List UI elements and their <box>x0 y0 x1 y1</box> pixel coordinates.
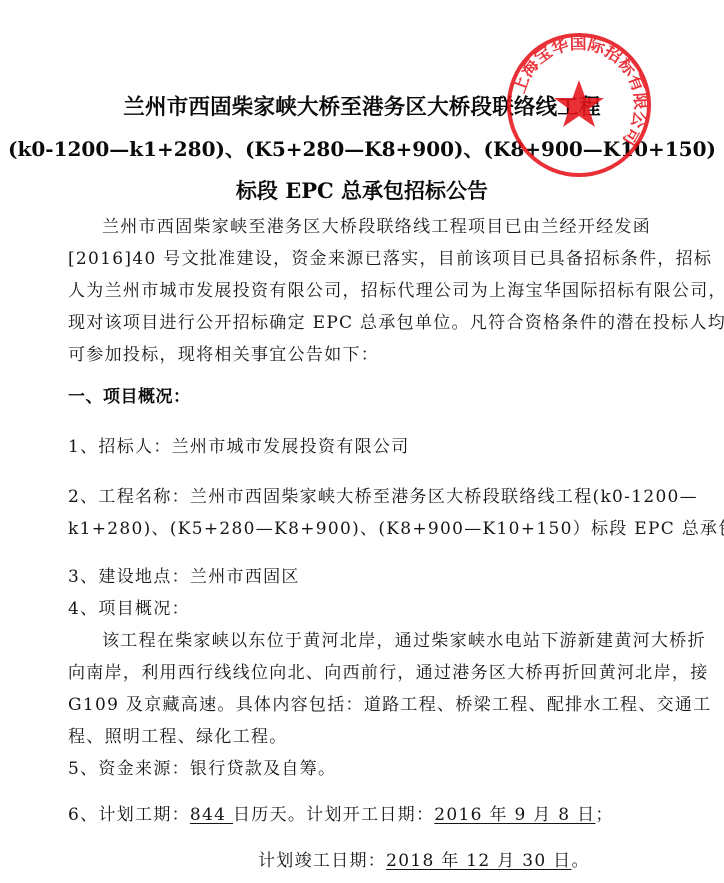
end-date: 2018 年 12 月 30 日 <box>386 851 571 871</box>
start-date: 2016 年 9 月 8 日 <box>434 805 595 825</box>
item-schedule: 6、计划工期：844 日历天。计划开工日期：2016 年 9 月 8 日； <box>68 800 624 825</box>
intro-line-2: [2016]40 号文批准建设，资金来源已落实，目前该项目已具备招标条件，招标 <box>68 244 624 269</box>
duration-value: 844 <box>190 805 233 825</box>
intro-line-4: 现对该项目进行公开招标确定 EPC 总承包单位。凡符合资格条件的潜在投标人均 <box>68 308 624 333</box>
title-line-1: 兰州市西固柴家峡大桥至港务区大桥段联络线工程 <box>0 90 724 121</box>
duration-suffix: 日历天。计划开工日期： <box>233 805 434 825</box>
document-page: 兰州市西固柴家峡大桥至港务区大桥段联络线工程 (k0-1200—k1+280)、… <box>0 0 724 883</box>
overview-desc-line-3: G109 及京藏高速。具体内容包括：道路工程、桥梁工程、配排水工程、交通工 <box>68 690 624 715</box>
intro-line-1: 兰州市西固柴家峡至港务区大桥段联络线工程项目已由兰经开经发函 <box>102 212 658 237</box>
item-project-name-line-1: 2、工程名称：兰州市西固柴家峡大桥至港务区大桥段联络线工程(k0-1200— <box>68 482 624 507</box>
item-funding-source: 5、资金来源：银行贷款及自筹。 <box>68 754 624 779</box>
completion-date-line: 计划竣工日期：2018 年 12 月 30 日。 <box>258 846 590 871</box>
overview-desc-line-2: 向南岸，利用西行线线位向北、向西前行，通过港务区大桥再折回黄河北岸，接 <box>68 658 624 683</box>
schedule-prefix: 6、计划工期： <box>68 805 190 825</box>
item-project-name-line-2: k1+280)、(K5+280—K8+900)、(K8+900—K10+150）… <box>68 514 624 539</box>
end-suffix: 。 <box>571 851 589 871</box>
title-line-3: 标段 EPC 总承包招标公告 <box>0 175 724 205</box>
title-line-2: (k0-1200—k1+280)、(K5+280—K8+900)、(K8+900… <box>0 133 724 162</box>
start-suffix: ； <box>595 805 613 825</box>
overview-desc-line-4: 程、照明工程、绿化工程。 <box>68 722 624 747</box>
intro-line-5: 可参加投标，现将相关事宜公告如下： <box>68 340 624 365</box>
item-location: 3、建设地点：兰州市西固区 <box>68 562 624 587</box>
item-tenderer: 1、招标人：兰州市城市发展投资有限公司 <box>68 432 624 457</box>
overview-desc-line-1: 该工程在柴家峡以东位于黄河北岸，通过柴家峡水电站下游新建黄河大桥折 <box>102 626 658 651</box>
section-heading-project-overview: 一、项目概况： <box>68 382 191 407</box>
item-overview-label: 4、项目概况： <box>68 594 624 619</box>
intro-line-3: 人为兰州市城市发展投资有限公司，招标代理公司为上海宝华国际招标有限公司， <box>68 276 624 301</box>
end-label: 计划竣工日期： <box>258 851 386 871</box>
